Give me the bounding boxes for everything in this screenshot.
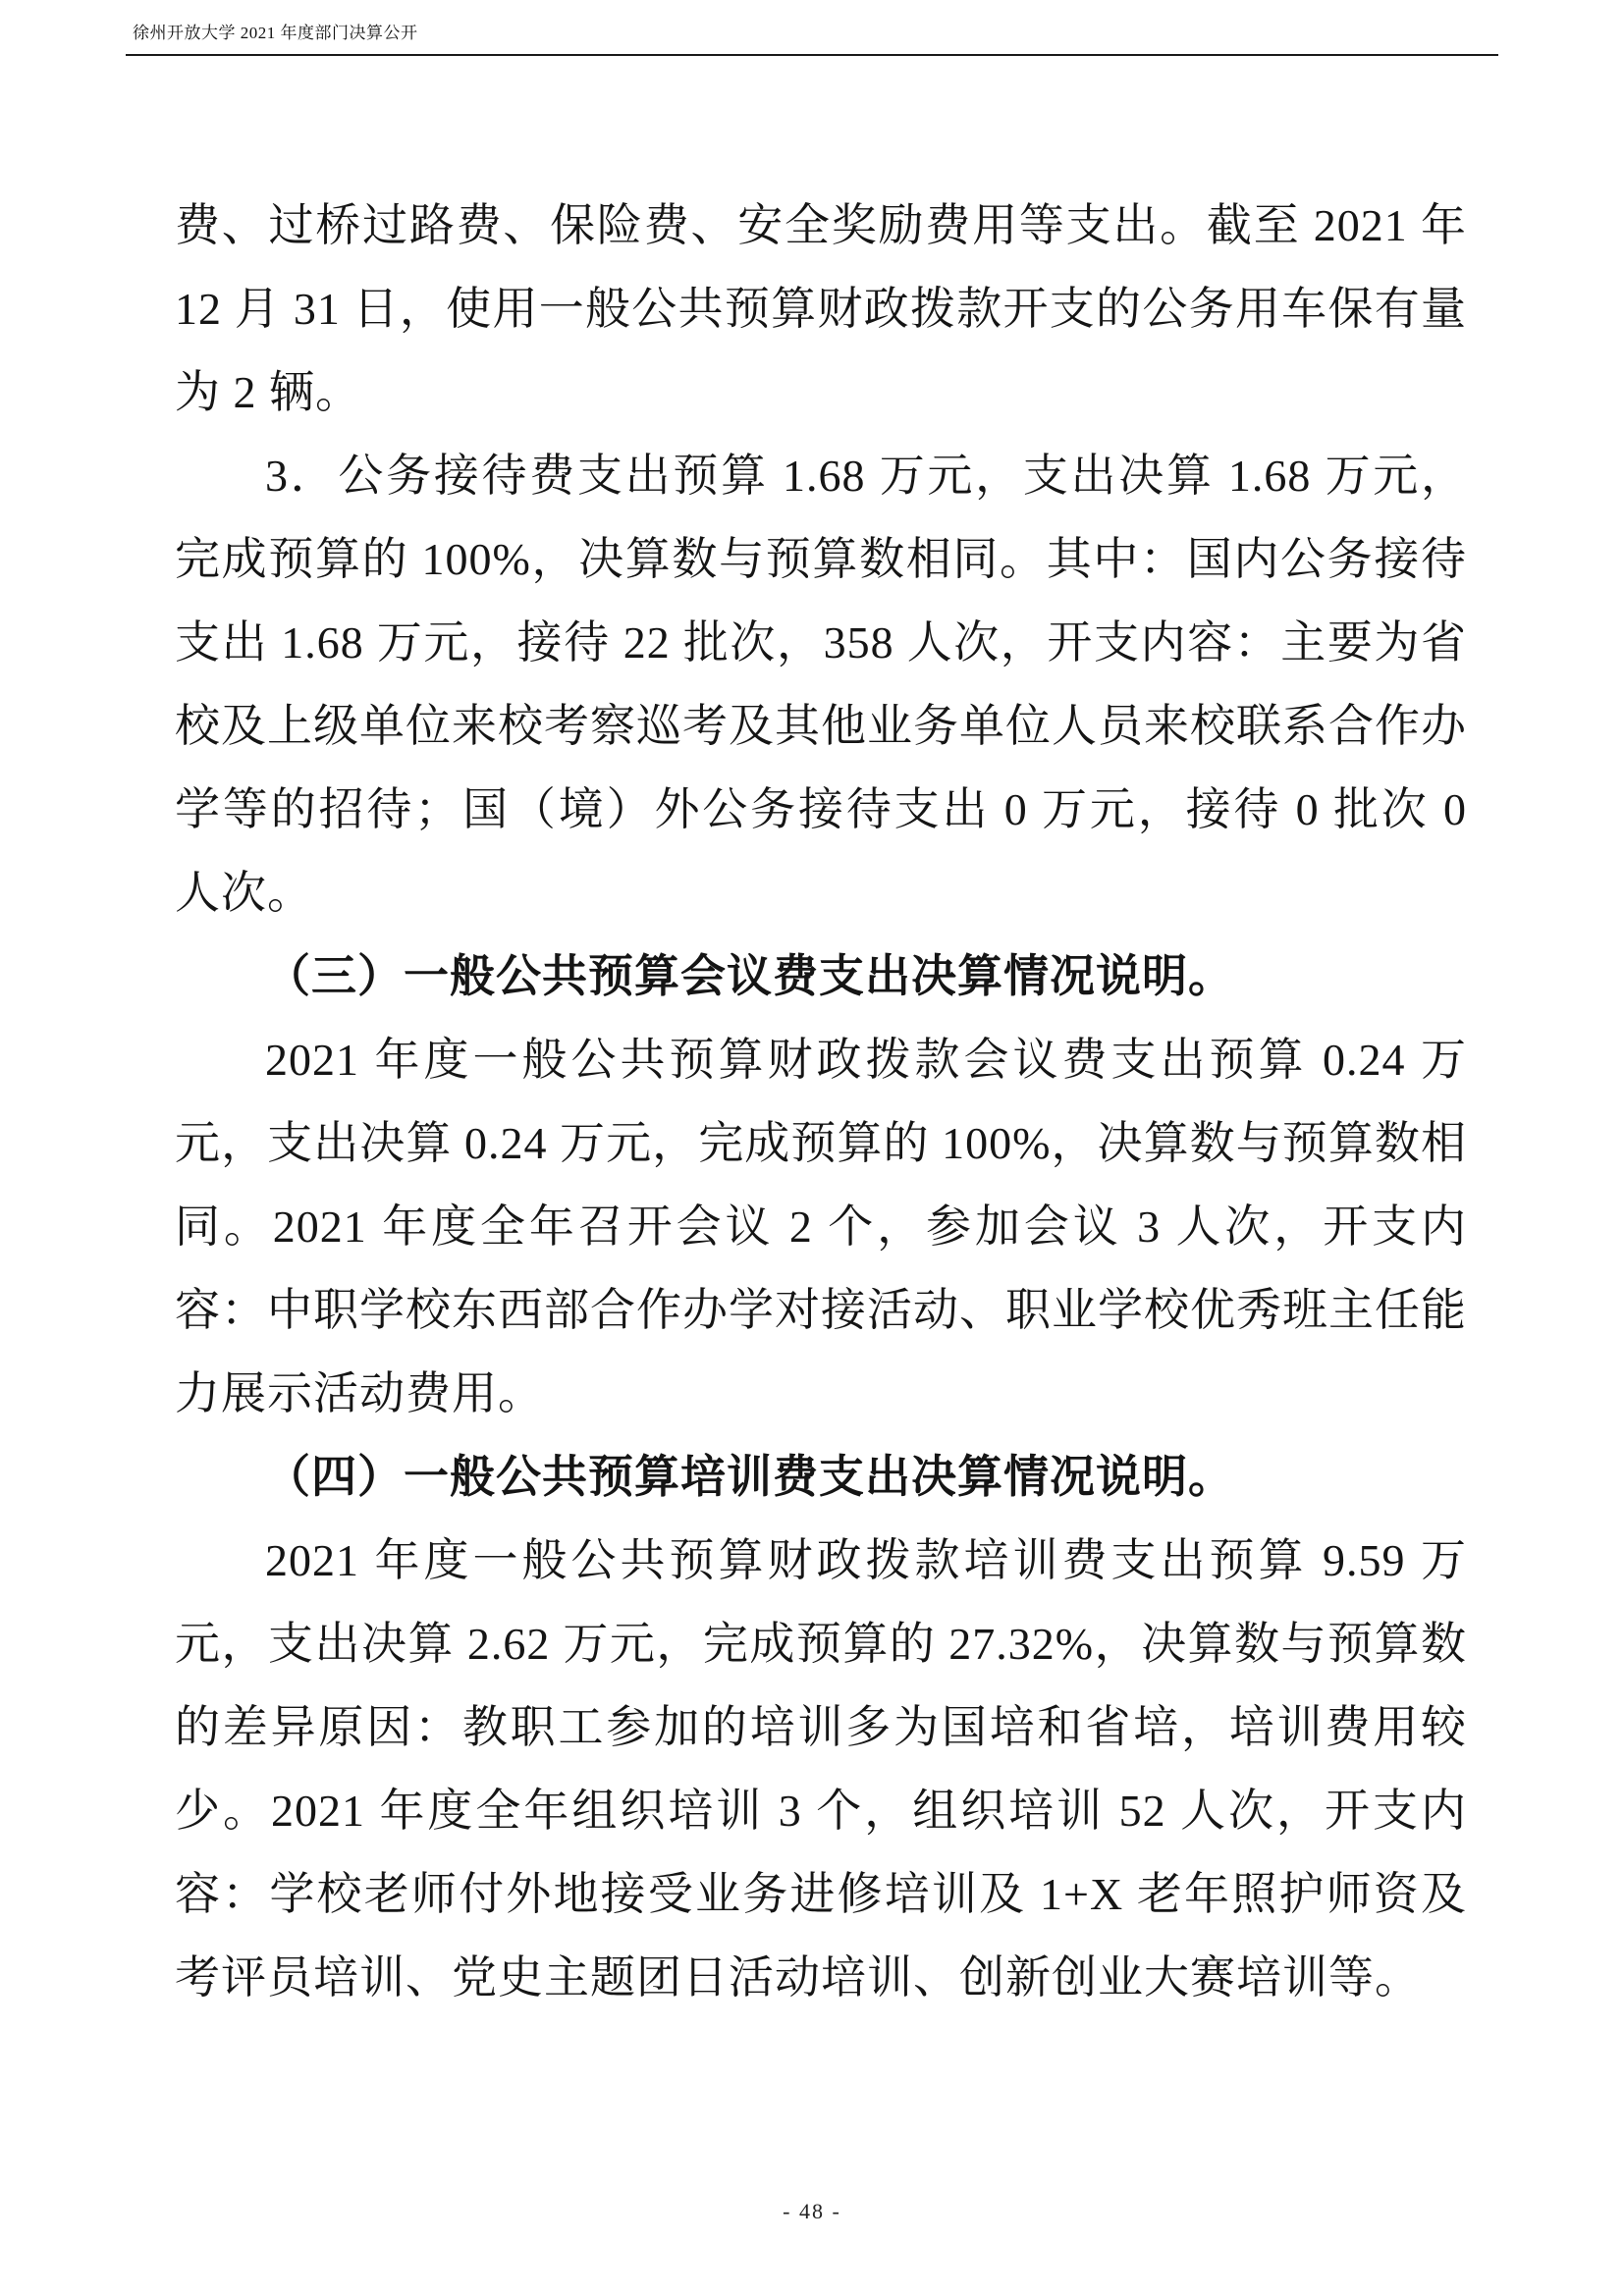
body-paragraph-training-fee: 2021 年度一般公共预算财政拨款培训费支出预算 9.59 万元，支出决算 2.…: [175, 1519, 1467, 2019]
section-heading-conference-fee: （三）一般公共预算会议费支出决算情况说明。: [175, 934, 1467, 1018]
section-heading-training-fee: （四）一般公共预算培训费支出决算情况说明。: [175, 1435, 1467, 1519]
body-paragraph-official-reception: 3．公务接待费支出预算 1.68 万元，支出决算 1.68 万元，完成预算的 1…: [175, 434, 1467, 934]
document-body: 费、过桥过路费、保险费、安全奖励费用等支出。截至 2021 年 12 月 31 …: [175, 184, 1467, 2019]
body-paragraph-continuation: 费、过桥过路费、保险费、安全奖励费用等支出。截至 2021 年 12 月 31 …: [175, 184, 1467, 434]
document-header: 徐州开放大学 2021 年度部门决算公开: [126, 0, 1498, 56]
document-page: 徐州开放大学 2021 年度部门决算公开 费、过桥过路费、保险费、安全奖励费用等…: [0, 0, 1624, 2296]
document-header-title: 徐州开放大学 2021 年度部门决算公开: [133, 24, 418, 42]
body-paragraph-conference-fee: 2021 年度一般公共预算财政拨款会议费支出预算 0.24 万元，支出决算 0.…: [175, 1018, 1467, 1435]
document-footer: - 48 -: [0, 2198, 1624, 2225]
page-number: - 48 -: [783, 2199, 841, 2223]
